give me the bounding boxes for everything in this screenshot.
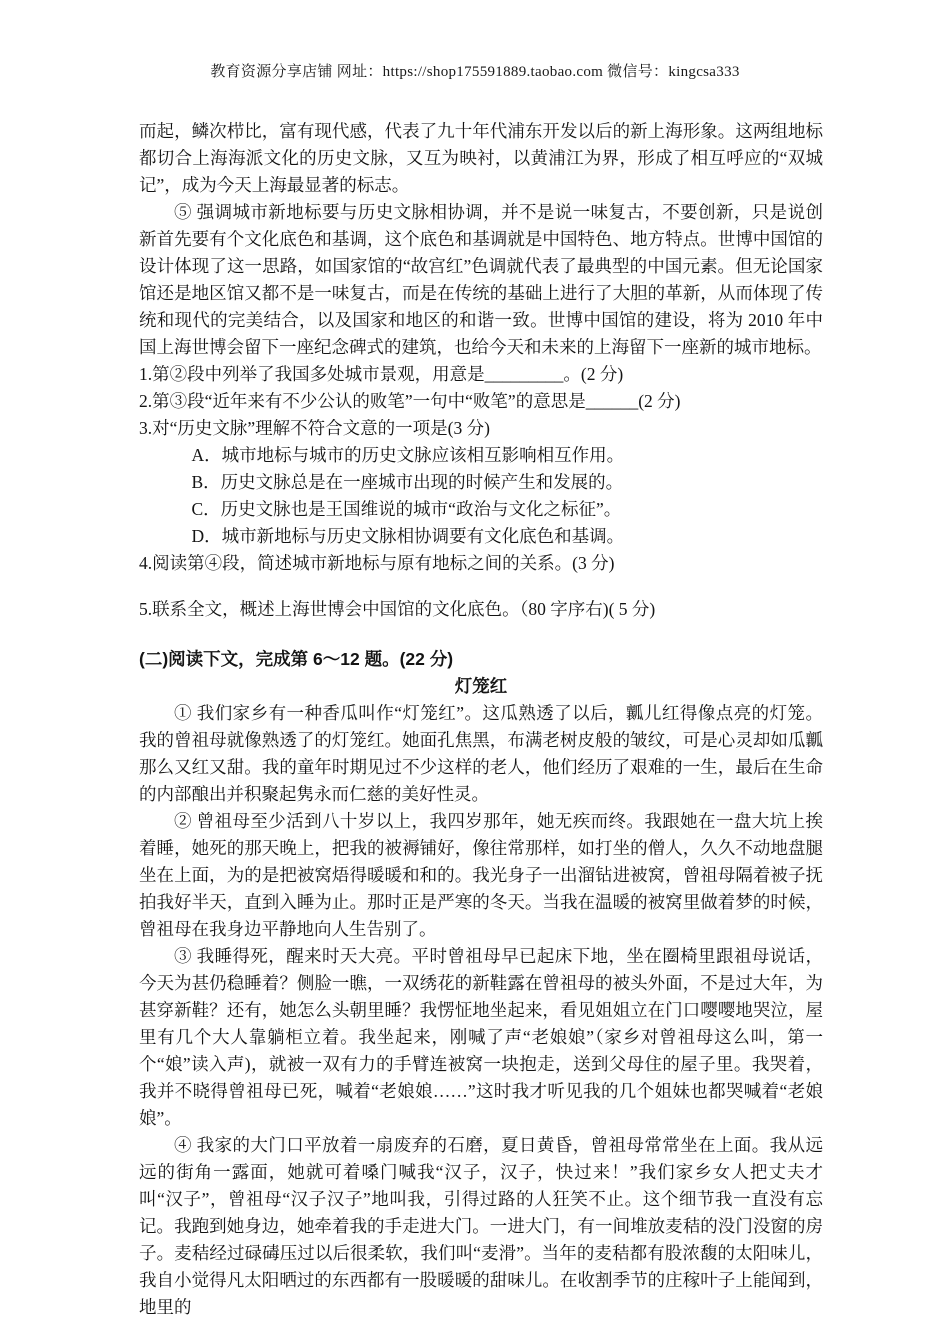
section2-heading: (二)阅读下文，完成第 6～12 题。(22 分) (139, 646, 823, 673)
question-2: 2.第③段“近年来有不少公认的败笔”一句中“败笔”的意思是______(2 分) (139, 388, 823, 415)
document-content: 而起，鳞次栉比，富有现代感，代表了九十年代浦东开发以后的新上海形象。这两组地标都… (139, 118, 823, 1321)
question-3-option-a: A．城市地标与城市的历史文脉应该相互影响相互作用。 (139, 442, 823, 469)
passage2-paragraph-1: ① 我们家乡有一种香瓜叫作“灯笼红”。这瓜熟透了以后，瓤儿红得像点亮的灯笼。我的… (139, 700, 823, 808)
passage2-paragraph-2: ② 曾祖母至少活到八十岁以上，我四岁那年，她无疾而终。我跟她在一盘大坑上挨着睡，… (139, 808, 823, 943)
question-1: 1.第②段中列举了我国多处城市景观，用意是_________。(2 分) (139, 361, 823, 388)
question-3-option-b: B．历史文脉总是在一座城市出现的时候产生和发展的。 (139, 469, 823, 496)
question-5: 5.联系全文，概述上海世博会中国馆的文化底色。（80 字序右)( 5 分) (139, 596, 823, 623)
passage1-paragraph-5: ⑤ 强调城市新地标要与历史文脉相协调，并不是说一味复古，不要创新，只是说创新首先… (139, 199, 823, 361)
shop-header-text: 教育资源分享店铺 网址：https://shop175591889.taobao… (0, 60, 950, 81)
question-4: 4.阅读第④段，简述城市新地标与原有地标之间的关系。(3 分) (139, 550, 823, 577)
passage2-paragraph-4: ④ 我家的大门口平放着一扇废弃的石磨，夏日黄昏，曾祖母常常坐在上面。我从远远的街… (139, 1132, 823, 1321)
passage2-paragraph-3: ③ 我睡得死，醒来时天大亮。平时曾祖母早已起床下地，坐在圈椅里跟祖母说话，今天为… (139, 943, 823, 1132)
passage2-title: 灯笼红 (139, 673, 823, 700)
question-3-option-d: D．城市新地标与历史文脉相协调要有文化底色和基调。 (139, 523, 823, 550)
passage1-continuation-paragraph: 而起，鳞次栉比，富有现代感，代表了九十年代浦东开发以后的新上海形象。这两组地标都… (139, 118, 823, 199)
question-3-option-c: C．历史文脉也是王国维说的城市“政治与文化之标征”。 (139, 496, 823, 523)
question-3: 3.对“历史文脉”理解不符合文意的一项是(3 分) (139, 415, 823, 442)
